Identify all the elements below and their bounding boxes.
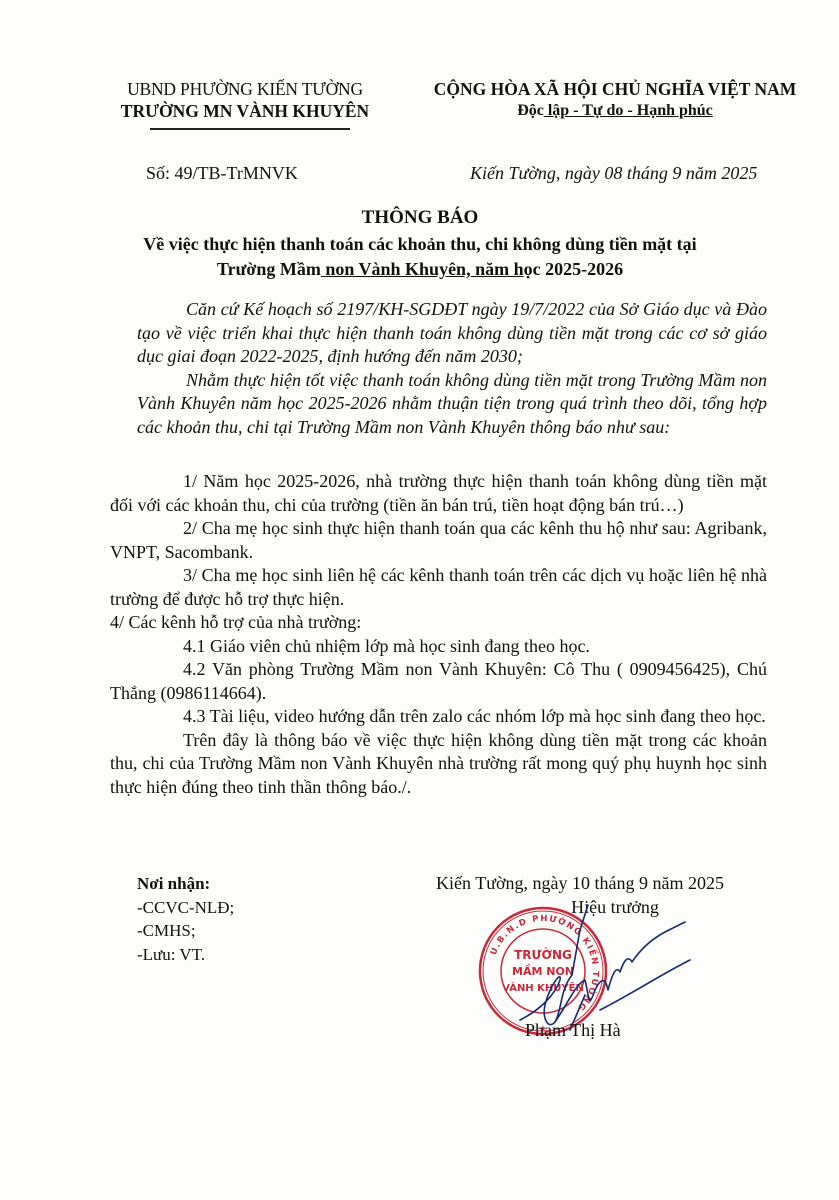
item-4-1: 4.1 Giáo viên chủ nhiệm lớp mà học sinh … <box>110 635 767 659</box>
recipient-item: -Lưu: VT. <box>137 943 234 967</box>
subtitle-line-1: Về việc thực hiện thanh toán các khoản t… <box>60 232 780 257</box>
item-4-3: 4.3 Tài liệu, video hướng dẫn trên zalo … <box>110 705 767 729</box>
recipient-item: -CMHS; <box>137 919 234 943</box>
purpose-paragraph: Nhằm thực hiện tốt việc thanh toán không… <box>137 369 767 440</box>
subtitle-part-a: Trường Mầm <box>217 259 321 279</box>
legal-basis-paragraph: Căn cứ Kế hoạch số 2197/KH-SGDĐT ngày 19… <box>137 298 767 369</box>
document-number: Số: 49/TB-TrMNVK <box>146 163 298 184</box>
signer-name: Phạm Thị Hà <box>525 1020 621 1041</box>
issuer-authority: UBND PHƯỜNG KIẾN TƯỜNG <box>100 78 390 100</box>
national-title: CỘNG HÒA XÃ HỘI CHỦ NGHĨA VIỆT NAM <box>420 78 810 100</box>
national-motto: Độc lập - Tự do - Hạnh phúc <box>420 100 810 122</box>
document-title: THÔNG BÁO <box>60 207 780 229</box>
item-4-2: 4.2 Văn phòng Trường Mầm non Vành Khuyên… <box>110 658 767 705</box>
recipient-item: -CCVC-NLĐ; <box>137 896 234 920</box>
closing-paragraph: Trên đây là thông báo về việc thực hiện … <box>110 729 767 800</box>
signature-date: Kiến Tường, ngày 10 tháng 9 năm 2025 <box>400 872 760 896</box>
motto-prefix: Độc <box>517 102 544 119</box>
motto-underlined: lập - Tự do - Hạnh phúc <box>544 102 713 119</box>
recipients-block: Nơi nhận: -CCVC-NLĐ; -CMHS; -Lưu: VT. <box>137 872 234 966</box>
item-1: 1/ Năm học 2025-2026, nhà trường thực hi… <box>110 470 767 517</box>
subtitle-line-2: Trường Mầm non Vành Khuyên, năm học 2025… <box>60 257 780 282</box>
issuer-school: TRƯỜNG MN VÀNH KHUYÊN <box>100 100 390 122</box>
subtitle-part-c: ọc 2025-2026 <box>524 259 623 279</box>
subtitle-part-b: non Vành Khuyên, năm h <box>321 259 524 279</box>
item-4: 4/ Các kênh hỗ trợ của nhà trường: <box>110 611 767 635</box>
item-3: 3/ Cha mẹ học sinh liên hệ các kênh than… <box>110 564 767 611</box>
recipients-heading: Nơi nhận: <box>137 872 234 896</box>
issuer-underline <box>150 128 350 130</box>
issuer-header: UBND PHƯỜNG KIẾN TƯỜNG TRƯỜNG MN VÀNH KH… <box>100 78 390 130</box>
notice-items: 1/ Năm học 2025-2026, nhà trường thực hi… <box>110 470 767 799</box>
issue-date: Kiến Tường, ngày 08 tháng 9 năm 2025 <box>470 163 757 184</box>
national-header: CỘNG HÒA XÃ HỘI CHỦ NGHĨA VIỆT NAM Độc l… <box>420 78 810 122</box>
item-2: 2/ Cha mẹ học sinh thực hiện thanh toán … <box>110 517 767 564</box>
document-body: Căn cứ Kế hoạch số 2197/KH-SGDĐT ngày 19… <box>137 298 767 439</box>
document-subtitle: Về việc thực hiện thanh toán các khoản t… <box>60 232 780 282</box>
